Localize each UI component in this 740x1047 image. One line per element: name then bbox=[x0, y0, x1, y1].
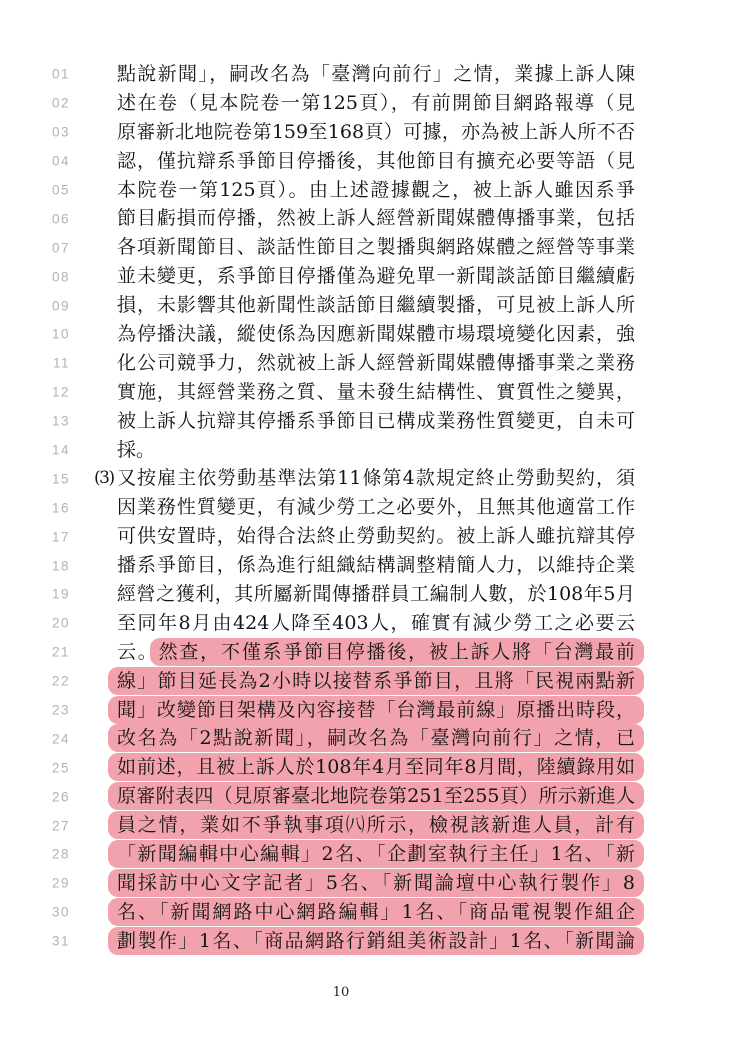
line-content: 原審新北地院卷第159至168頁）可據，亦為被上訴人所不否 bbox=[117, 118, 635, 147]
text-segment: 可供安置時，始得合法終止勞動契約。被上訴人雖抗辯其停 bbox=[117, 525, 635, 547]
line-number: 02 bbox=[38, 96, 70, 111]
list-item-marker: (3) bbox=[94, 464, 114, 493]
text-line: 16因業務性質變更，有減少勞工之必要外，且無其他適當工作 bbox=[0, 493, 740, 522]
line-content: 聞」改變節目架構及內容接替「台灣最前線」原播出時段， bbox=[117, 696, 635, 725]
line-number: 18 bbox=[38, 558, 70, 573]
text-line: 06節目虧損而停播，然被上訴人經營新聞媒體傳播事業，包括 bbox=[0, 204, 740, 233]
line-number: 28 bbox=[38, 847, 70, 862]
line-content: 「新聞編輯中心編輯」2名、「企劃室執行主任」1名、「新 bbox=[117, 840, 635, 869]
text-line: 11化公司競爭力，然就被上訴人經營新聞媒體傳播事業之業務 bbox=[0, 349, 740, 378]
text-segment: 化公司競爭力，然就被上訴人經營新聞媒體傳播事業之業務 bbox=[117, 352, 635, 374]
line-number: 14 bbox=[38, 443, 70, 458]
line-number: 23 bbox=[38, 703, 70, 718]
text-block: 01點說新聞」，嗣改名為「臺灣向前行」之情，業據上訴人陳02述在卷（見本院卷一第… bbox=[0, 60, 740, 956]
line-number: 11 bbox=[38, 356, 70, 371]
line-content: 員之情，業如不爭執事項㈧所示，檢視該新進人員，計有 bbox=[117, 811, 635, 840]
line-number: 03 bbox=[38, 125, 70, 140]
text-segment: 節目虧損而停播，然被上訴人經營新聞媒體傳播事業，包括 bbox=[117, 207, 635, 229]
highlighted-text: 「新聞編輯中心編輯」2名、「企劃室執行主任」1名、「新 bbox=[108, 840, 644, 868]
text-line: 24改名為「2點說新聞」，嗣改名為「臺灣向前行」之情，已 bbox=[0, 724, 740, 753]
text-line: 31劃製作」1名、「商品網路行銷組美術設計」1名、「新聞論 bbox=[0, 927, 740, 956]
line-number: 09 bbox=[38, 298, 70, 313]
text-segment: 實施，其經營業務之質、量未發生結構性、實質性之變異， bbox=[117, 381, 635, 403]
highlighted-text: 線」節目延長為2小時以接替系爭節目，且將「民視兩點新 bbox=[108, 667, 644, 695]
text-segment: 認，僅抗辯系爭節目停播後，其他節目有擴充必要等語（見 bbox=[117, 150, 635, 172]
highlighted-text: 聞」改變節目架構及內容接替「台灣最前線」原播出時段， bbox=[108, 696, 644, 724]
text-segment: 經營之獲利，其所屬新聞傳播群員工編制人數，於108年5月 bbox=[117, 583, 635, 605]
line-number: 16 bbox=[38, 500, 70, 515]
text-segment: 各項新聞節目、談話性節目之製播與網路媒體之經營等事業 bbox=[117, 236, 635, 258]
highlighted-text: 聞採訪中心文字記者」5名、「新聞論壇中心執行製作」8 bbox=[108, 869, 644, 897]
line-number: 08 bbox=[38, 269, 70, 284]
line-number: 10 bbox=[38, 327, 70, 342]
line-number: 25 bbox=[38, 760, 70, 775]
line-number: 29 bbox=[38, 876, 70, 891]
highlighted-text: 改名為「2點說新聞」，嗣改名為「臺灣向前行」之情，已 bbox=[108, 724, 644, 752]
line-content: 如前述，且被上訴人於108年4月至同年8月間，陸續錄用如 bbox=[117, 753, 635, 782]
text-line: 25如前述，且被上訴人於108年4月至同年8月間，陸續錄用如 bbox=[0, 753, 740, 782]
line-number: 20 bbox=[38, 616, 70, 631]
text-line: 10為停播決議，縱使係為因應新聞媒體市場環境變化因素，強 bbox=[0, 320, 740, 349]
text-line: 22線」節目延長為2小時以接替系爭節目，且將「民視兩點新 bbox=[0, 667, 740, 696]
page-number: 10 bbox=[326, 985, 356, 1000]
line-number: 05 bbox=[38, 183, 70, 198]
text-segment: 至同年8月由424人降至403人，確實有減少勞工之必要云 bbox=[117, 612, 635, 634]
highlighted-text: 如前述，且被上訴人於108年4月至同年8月間，陸續錄用如 bbox=[108, 753, 644, 781]
line-number: 27 bbox=[38, 818, 70, 833]
text-segment: 播系爭節目，係為進行組織結構調整精簡人力，以維持企業 bbox=[117, 554, 635, 576]
court-document-page: 01點說新聞」，嗣改名為「臺灣向前行」之情，業據上訴人陳02述在卷（見本院卷一第… bbox=[0, 0, 740, 1047]
line-content: 線」節目延長為2小時以接替系爭節目，且將「民視兩點新 bbox=[117, 667, 635, 696]
text-segment: 被上訴人抗辯其停播系爭節目已構成業務性質變更，自未可 bbox=[117, 410, 635, 432]
line-content: 認，僅抗辯系爭節目停播後，其他節目有擴充必要等語（見 bbox=[117, 147, 635, 176]
text-line: 19經營之獲利，其所屬新聞傳播群員工編制人數，於108年5月 bbox=[0, 580, 740, 609]
line-number: 30 bbox=[38, 905, 70, 920]
line-content: 實施，其經營業務之質、量未發生結構性、實質性之變異， bbox=[117, 378, 635, 407]
line-number: 01 bbox=[38, 67, 70, 82]
text-line: 29聞採訪中心文字記者」5名、「新聞論壇中心執行製作」8 bbox=[0, 869, 740, 898]
text-line: 21云。然查，不僅系爭節目停播後，被上訴人將「台灣最前 bbox=[0, 638, 740, 667]
text-line: 12實施，其經營業務之質、量未發生結構性、實質性之變異， bbox=[0, 378, 740, 407]
highlighted-text: 名、「新聞網路中心網路編輯」1名、「商品電視製作組企 bbox=[108, 898, 644, 926]
line-content: 經營之獲利，其所屬新聞傳播群員工編制人數，於108年5月 bbox=[117, 580, 635, 609]
line-content: 名、「新聞網路中心網路編輯」1名、「商品電視製作組企 bbox=[117, 898, 635, 927]
line-number: 21 bbox=[38, 645, 70, 660]
line-content: 並未變更，系爭節目停播僅為避免單一新聞談話節目繼續虧 bbox=[117, 262, 635, 291]
text-segment: 原審新北地院卷第159至168頁）可據，亦為被上訴人所不否 bbox=[117, 121, 635, 143]
line-number: 31 bbox=[38, 934, 70, 949]
line-number: 19 bbox=[38, 587, 70, 602]
line-number: 04 bbox=[38, 154, 70, 169]
text-line: 23聞」改變節目架構及內容接替「台灣最前線」原播出時段， bbox=[0, 696, 740, 725]
text-line: 15(3)又按雇主依勞動基準法第11條第4款規定終止勞動契約，須 bbox=[0, 464, 740, 493]
text-line: 07各項新聞節目、談話性節目之製播與網路媒體之經營等事業 bbox=[0, 233, 740, 262]
text-line: 26原審附表四（見原審臺北地院卷第251至255頁）所示新進人 bbox=[0, 782, 740, 811]
text-line: 30名、「新聞網路中心網路編輯」1名、「商品電視製作組企 bbox=[0, 898, 740, 927]
text-segment: 並未變更，系爭節目停播僅為避免單一新聞談話節目繼續虧 bbox=[117, 265, 635, 287]
line-content: 被上訴人抗辯其停播系爭節目已構成業務性質變更，自未可 bbox=[117, 407, 635, 436]
text-segment: 損，未影響其他新聞性談話節目繼續製播，可見被上訴人所 bbox=[117, 294, 635, 316]
line-number: 24 bbox=[38, 731, 70, 746]
text-segment: 本院卷一第125頁）。由上述證據觀之，被上訴人雖因系爭 bbox=[117, 179, 635, 201]
line-number: 07 bbox=[38, 240, 70, 255]
text-line: 09損，未影響其他新聞性談話節目繼續製播，可見被上訴人所 bbox=[0, 291, 740, 320]
text-segment: 因業務性質變更，有減少勞工之必要外，且無其他適當工作 bbox=[117, 496, 635, 518]
line-number: 15 bbox=[38, 471, 70, 486]
text-line: 14採。 bbox=[0, 436, 740, 465]
text-segment: 為停播決議，縱使係為因應新聞媒體市場環境變化因素，強 bbox=[117, 323, 635, 345]
text-line: 20至同年8月由424人降至403人，確實有減少勞工之必要云 bbox=[0, 609, 740, 638]
text-line: 28「新聞編輯中心編輯」2名、「企劃室執行主任」1名、「新 bbox=[0, 840, 740, 869]
text-segment: 述在卷（見本院卷一第125頁），有前開節目網路報導（見 bbox=[117, 92, 635, 114]
text-line: 08並未變更，系爭節目停播僅為避免單一新聞談話節目繼續虧 bbox=[0, 262, 740, 291]
line-content: 因業務性質變更，有減少勞工之必要外，且無其他適當工作 bbox=[117, 493, 635, 522]
line-content: 改名為「2點說新聞」，嗣改名為「臺灣向前行」之情，已 bbox=[117, 724, 635, 753]
text-line: 13被上訴人抗辯其停播系爭節目已構成業務性質變更，自未可 bbox=[0, 407, 740, 436]
text-segment: 採。 bbox=[117, 439, 155, 461]
text-line: 02述在卷（見本院卷一第125頁），有前開節目網路報導（見 bbox=[0, 89, 740, 118]
line-number: 26 bbox=[38, 789, 70, 804]
line-content: 聞採訪中心文字記者」5名、「新聞論壇中心執行製作」8 bbox=[117, 869, 635, 898]
highlighted-text: 然查，不僅系爭節目停播後，被上訴人將「台灣最前 bbox=[150, 638, 644, 666]
line-content: 原審附表四（見原審臺北地院卷第251至255頁）所示新進人 bbox=[117, 782, 635, 811]
text-line: 27員之情，業如不爭執事項㈧所示，檢視該新進人員，計有 bbox=[0, 811, 740, 840]
line-content: 本院卷一第125頁）。由上述證據觀之，被上訴人雖因系爭 bbox=[117, 176, 635, 205]
line-number: 12 bbox=[38, 385, 70, 400]
line-content: 損，未影響其他新聞性談話節目繼續製播，可見被上訴人所 bbox=[117, 291, 635, 320]
text-line: 03原審新北地院卷第159至168頁）可據，亦為被上訴人所不否 bbox=[0, 118, 740, 147]
line-number: 13 bbox=[38, 414, 70, 429]
line-content: 述在卷（見本院卷一第125頁），有前開節目網路報導（見 bbox=[117, 89, 635, 118]
text-line: 18播系爭節目，係為進行組織結構調整精簡人力，以維持企業 bbox=[0, 551, 740, 580]
text-line: 04認，僅抗辯系爭節目停播後，其他節目有擴充必要等語（見 bbox=[0, 147, 740, 176]
line-content: 為停播決議，縱使係為因應新聞媒體市場環境變化因素，強 bbox=[117, 320, 635, 349]
line-content: 播系爭節目，係為進行組織結構調整精簡人力，以維持企業 bbox=[117, 551, 635, 580]
line-content: 各項新聞節目、談話性節目之製播與網路媒體之經營等事業 bbox=[117, 233, 635, 262]
text-segment: 點說新聞」，嗣改名為「臺灣向前行」之情，業據上訴人陳 bbox=[117, 63, 635, 85]
line-content: 節目虧損而停播，然被上訴人經營新聞媒體傳播事業，包括 bbox=[117, 204, 635, 233]
line-content: 劃製作」1名、「商品網路行銷組美術設計」1名、「新聞論 bbox=[117, 927, 635, 956]
text-line: 05本院卷一第125頁）。由上述證據觀之，被上訴人雖因系爭 bbox=[0, 176, 740, 205]
line-content: 點說新聞」，嗣改名為「臺灣向前行」之情，業據上訴人陳 bbox=[117, 60, 635, 89]
line-content: 化公司競爭力，然就被上訴人經營新聞媒體傳播事業之業務 bbox=[117, 349, 635, 378]
highlighted-text: 原審附表四（見原審臺北地院卷第251至255頁）所示新進人 bbox=[108, 782, 644, 810]
text-line: 17可供安置時，始得合法終止勞動契約。被上訴人雖抗辯其停 bbox=[0, 522, 740, 551]
line-content: 可供安置時，始得合法終止勞動契約。被上訴人雖抗辯其停 bbox=[117, 522, 635, 551]
line-number: 17 bbox=[38, 529, 70, 544]
line-number: 06 bbox=[38, 211, 70, 226]
text-line: 01點說新聞」，嗣改名為「臺灣向前行」之情，業據上訴人陳 bbox=[0, 60, 740, 89]
highlighted-text: 員之情，業如不爭執事項㈧所示，檢視該新進人員，計有 bbox=[108, 811, 644, 839]
line-number: 22 bbox=[38, 674, 70, 689]
line-content: 云。然查，不僅系爭節目停播後，被上訴人將「台灣最前 bbox=[117, 638, 635, 667]
text-segment: 又按雇主依勞動基準法第11條第4款規定終止勞動契約，須 bbox=[117, 467, 635, 489]
highlighted-text: 劃製作」1名、「商品網路行銷組美術設計」1名、「新聞論 bbox=[108, 927, 644, 955]
line-content: 至同年8月由424人降至403人，確實有減少勞工之必要云 bbox=[117, 609, 635, 638]
line-content: (3)又按雇主依勞動基準法第11條第4款規定終止勞動契約，須 bbox=[117, 464, 635, 493]
line-content: 採。 bbox=[117, 436, 635, 465]
